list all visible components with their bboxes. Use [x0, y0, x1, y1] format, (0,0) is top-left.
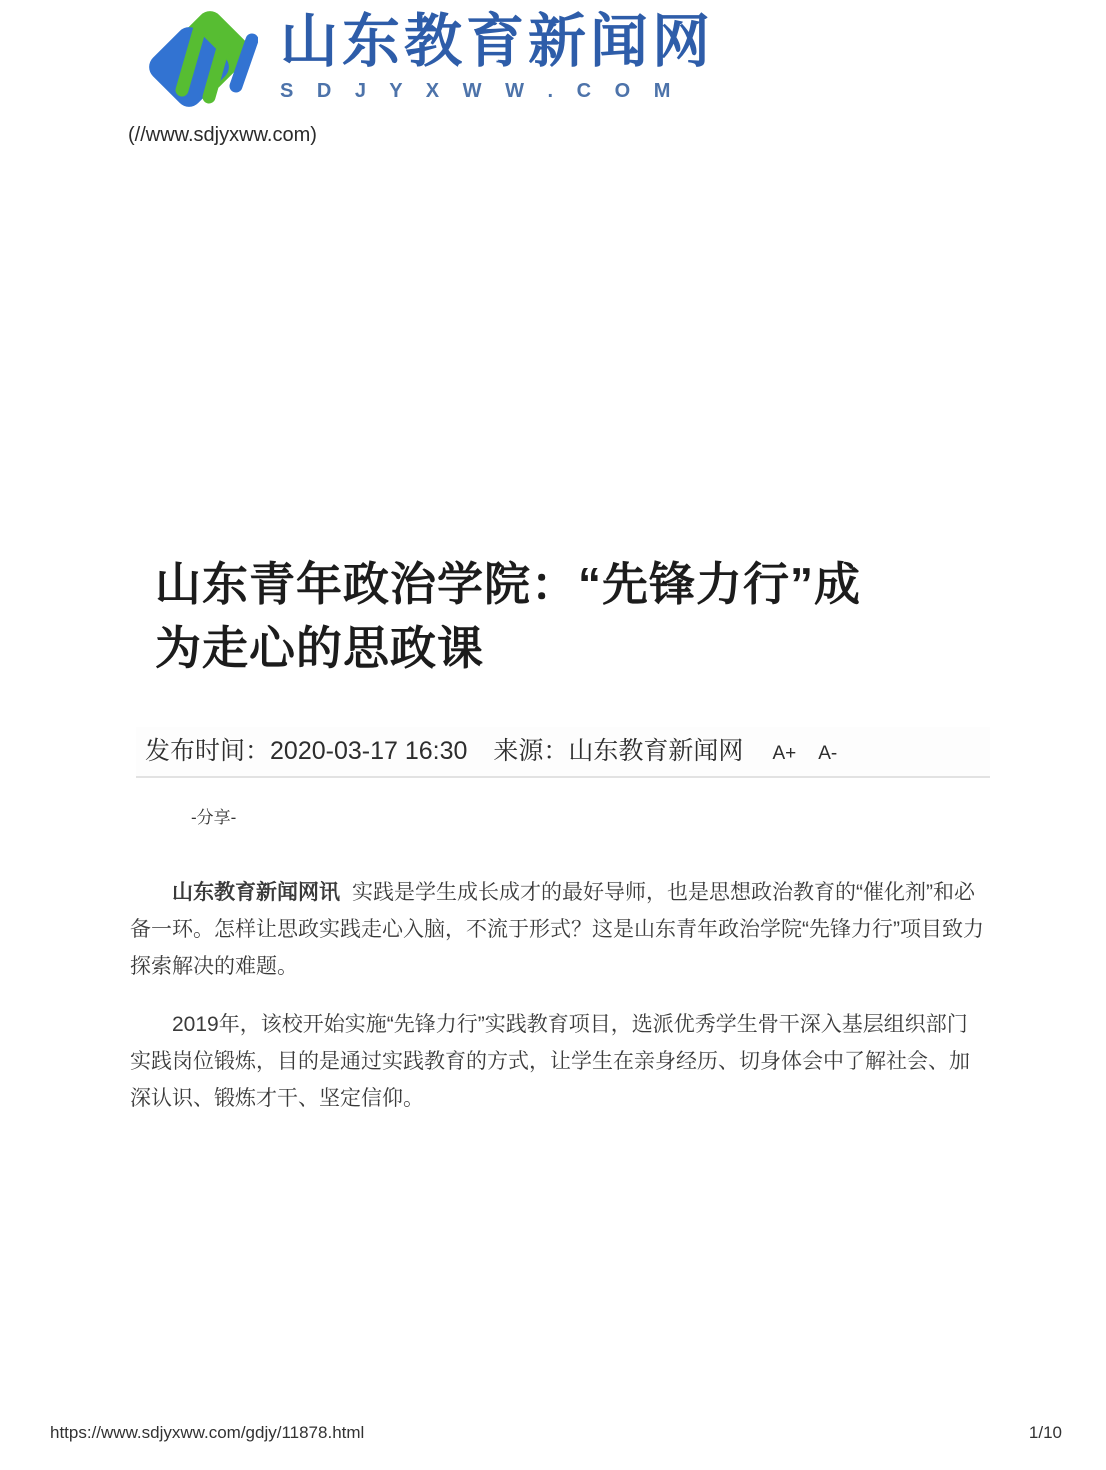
site-url-note: (//www.sdjyxww.com) — [128, 124, 317, 147]
paragraph-lead: 山东教育新闻网讯 — [172, 881, 340, 904]
site-logo[interactable]: 山东教育新闻网 S D J Y X W W . C O M — [140, 4, 714, 116]
paragraph-text: 2019年，该校开始实施“先锋力行”实践教育项目，选派优秀学生骨干深入基层组织部… — [130, 1013, 970, 1110]
font-increase-button[interactable]: A+ — [772, 743, 796, 765]
article-title-line-2: 为走心的思政课 — [155, 616, 1005, 680]
font-decrease-button[interactable]: A- — [818, 743, 837, 765]
footer-source-url: https://www.sdjyxww.com/gdjy/11878.html — [50, 1423, 364, 1443]
share-button[interactable]: -分享- — [191, 803, 236, 828]
article-title-line-1: 山东青年政治学院：“先锋力行”成 — [155, 552, 1005, 616]
sdjyxww-diamond-logo-icon — [140, 4, 258, 116]
publish-time-value: 2020-03-17 16:30 — [270, 737, 467, 766]
article-meta-bar: 发布时间： 2020-03-17 16:30 来源： 山东教育新闻网 A+ A- — [136, 727, 990, 778]
site-name: 山东教育新闻网 — [280, 6, 714, 78]
footer-page-indicator: 1/10 — [1029, 1423, 1062, 1443]
article-paragraph: 2019年，该校开始实施“先锋力行”实践教育项目，选派优秀学生骨干深入基层组织部… — [130, 1006, 988, 1117]
article-paragraph: 山东教育新闻网讯实践是学生成长成才的最好导师，也是思想政治教育的“催化剂”和必备… — [130, 874, 988, 985]
source-label: 来源： — [493, 731, 568, 767]
logo-text-block: 山东教育新闻网 S D J Y X W W . C O M — [280, 4, 714, 103]
article-title: 山东青年政治学院：“先锋力行”成 为走心的思政课 — [155, 552, 1005, 680]
site-domain-letters: S D J Y X W W . C O M — [280, 80, 714, 103]
print-page: 山东教育新闻网 S D J Y X W W . C O M (//www.sdj… — [0, 0, 1106, 1470]
source-value: 山东教育新闻网 — [568, 731, 743, 767]
article-body: 山东教育新闻网讯实践是学生成长成才的最好导师，也是思想政治教育的“催化剂”和必备… — [130, 874, 988, 1138]
publish-time-label: 发布时间： — [145, 731, 270, 767]
